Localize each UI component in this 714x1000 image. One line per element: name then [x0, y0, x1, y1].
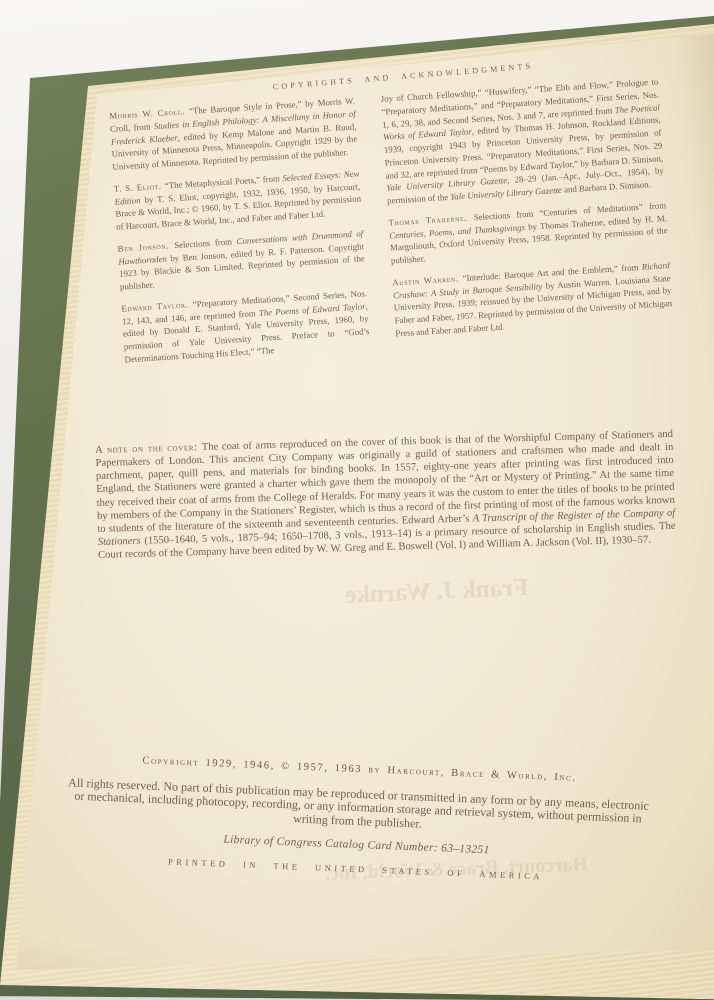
paragraph: Morris W. Croll. “The Baroque Style in P…: [109, 95, 359, 174]
paragraph: Edward Taylor. “Preparatory Meditations,…: [121, 287, 371, 366]
paragraph: Thomas Traherne. Selections from “Centur…: [388, 199, 669, 267]
book-photo: COPYRIGHTS AND ACKNOWLEDGMENTS Morris W.…: [0, 0, 714, 1000]
paragraph: Austin Warren. “Interlude: Baroque Art a…: [392, 259, 673, 340]
paragraph: Joy of Church Fellowship,” “Huswifery,” …: [380, 75, 665, 207]
acknowledgments-columns: Morris W. Croll. “The Baroque Style in P…: [108, 60, 690, 374]
cover-note: A note on the cover: The coat of arms re…: [95, 428, 676, 562]
column-left: Morris W. Croll. “The Baroque Style in P…: [109, 95, 371, 375]
paragraph: T. S. Eliot. “The Metaphysical Poets,” f…: [113, 167, 362, 233]
column-right: Joy of Church Fellowship,” “Huswifery,” …: [380, 75, 674, 357]
paragraph: Ben Jonson. Selections from Conversation…: [117, 227, 366, 293]
